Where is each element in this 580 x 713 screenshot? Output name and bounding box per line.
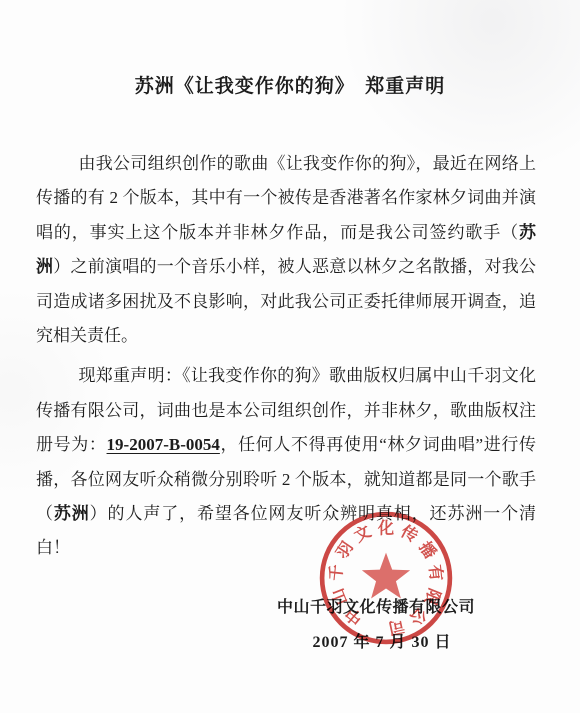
seal-char: 千 [327, 564, 347, 582]
paragraph-2: 现郑重声明：《让我变作你的狗》歌曲版权归属中山千羽文化传播有限公司，词曲也是本公… [36, 359, 536, 565]
paragraph-1-text: ）之前演唱的一个音乐小样，被人恶意以林夕之名散播，对我公司造成诸多困扰及不良影响… [36, 257, 536, 345]
paragraph-1-text: 由我公司组织创作的歌曲《让我变作你的狗》，最近在网络上传播的有 2 个版本，其中… [36, 154, 536, 242]
signature-date: 2007 年 7 月 30 日 [92, 629, 580, 652]
document-body: 由我公司组织创作的歌曲《让我变作你的狗》，最近在网络上传播的有 2 个版本，其中… [0, 147, 580, 566]
paragraph-2-text: ）的人声了，希望各位网友听众辨明真相，还苏洲一个清白！ [36, 504, 536, 557]
statement-document-page: 苏洲《让我变作你的狗》 郑重声明 由我公司组织创作的歌曲《让我变作你的狗》，最近… [0, 0, 580, 713]
signature-company-name: 中山千羽文化传播有限公司 [86, 594, 580, 617]
document-title: 苏洲《让我变作你的狗》 郑重声明 [0, 0, 580, 99]
copyright-registration-number: 19-2007-B-0054 [107, 435, 220, 454]
seal-char: 有 [426, 564, 447, 582]
singer-name-bold: 苏洲 [54, 504, 90, 523]
paragraph-1: 由我公司组织创作的歌曲《让我变作你的狗》，最近在网络上传播的有 2 个版本，其中… [36, 147, 536, 353]
